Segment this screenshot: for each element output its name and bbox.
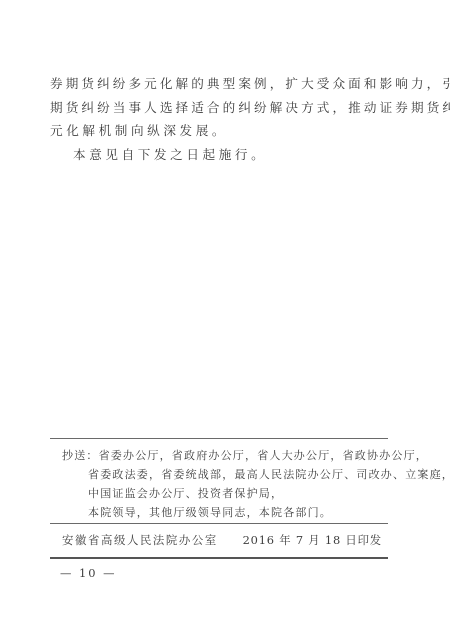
effective-date-statement: 本意见自下发之日起施行。 bbox=[73, 147, 415, 163]
issuing-office: 安徽省高级人民法院办公室 bbox=[62, 532, 218, 548]
body-text-line: 期货纠纷当事人选择适合的纠纷解决方式，推动证券期货纠纷多 bbox=[50, 100, 392, 116]
body-text-line: 元化解机制向纵深发展。 bbox=[50, 123, 392, 139]
page-number: — 10 — bbox=[60, 566, 117, 580]
copy-to-line: 省委政法委，省委统战部，最高人民法院办公厅、司改办、立案庭， bbox=[88, 468, 450, 482]
issue-date: 2016 年 7 月 18 日印发 bbox=[243, 532, 382, 548]
copy-to-line: 本院领导，其他厅级领导同志，本院各部门。 bbox=[88, 506, 332, 520]
copy-to-line: 中国证监会办公厅、投资者保护局， bbox=[88, 487, 283, 501]
copy-to-line: 抄送：省委办公厅，省政府办公厅，省人大办公厅，省政协办公厅， bbox=[62, 449, 428, 463]
divider-bottom bbox=[50, 557, 388, 559]
divider-middle bbox=[50, 523, 388, 524]
divider-top bbox=[50, 438, 388, 439]
body-text-line: 券期货纠纷多元化解的典型案例，扩大受众面和影响力，引导证券 bbox=[50, 76, 392, 92]
